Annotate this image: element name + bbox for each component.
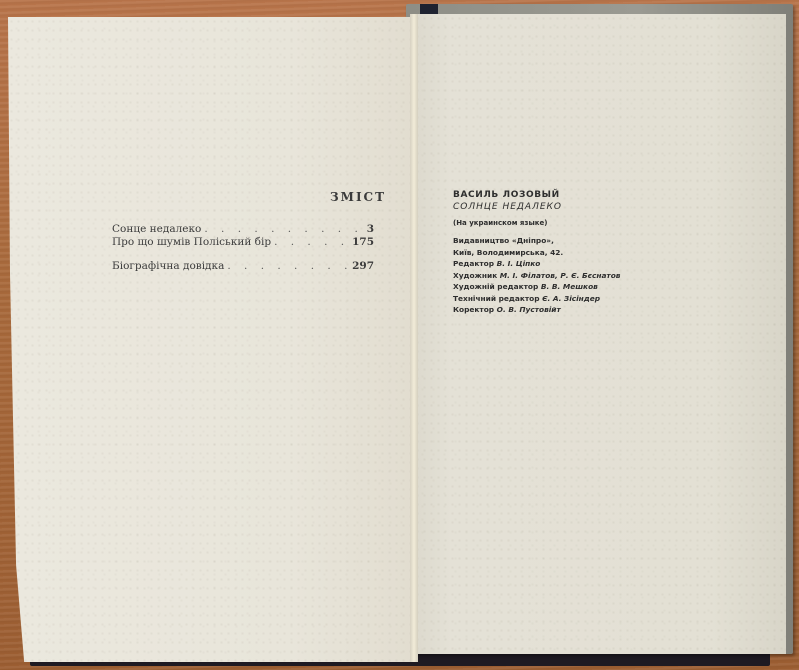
left-page — [8, 17, 412, 662]
toc-entry: Біографічна довідка 297 — [112, 260, 374, 273]
credit-line: Коректор О. В. Пустовійт — [453, 304, 620, 316]
language-note: (На украинском языке) — [453, 219, 620, 227]
publisher-credits: Видавництво «Дніпро», Київ, Володимирськ… — [453, 235, 620, 316]
book-gutter — [410, 14, 418, 662]
book-title: СОЛНЦЕ НЕДАЛЕКО — [453, 202, 620, 212]
toc-entry: Про що шумів Поліський бір 175 — [112, 236, 374, 249]
credit-line: Технічний редактор Є. А. Зісіндер — [453, 293, 620, 305]
toc-entry-title: Біографічна довідка — [112, 260, 224, 272]
imprint: ВАСИЛЬ ЛОЗОВЫЙ СОЛНЦЕ НЕДАЛЕКО (На украи… — [453, 190, 620, 316]
author-name: ВАСИЛЬ ЛОЗОВЫЙ — [453, 190, 620, 200]
toc-entry-title: Про що шумів Поліський бір — [112, 236, 271, 248]
credit-line: Художній редактор В. В. Мешков — [453, 281, 620, 293]
publisher-line: Видавництво «Дніпро», — [453, 235, 620, 247]
credit-line: Художник М. І. Філатов, Р. Є. Бєснатов — [453, 270, 620, 282]
credit-line: Редактор В. І. Ціпко — [453, 258, 620, 270]
publisher-address: Київ, Володимирська, 42. — [453, 247, 620, 259]
toc-entry-title: Сонце недалеко — [112, 223, 201, 235]
toc-entry-page: 3 — [367, 223, 374, 235]
toc-leader-dots — [274, 236, 349, 248]
toc-leader-dots — [227, 260, 349, 272]
toc-entry-page: 175 — [352, 236, 374, 248]
table-of-contents: Сонце недалеко 3 Про що шумів Поліський … — [112, 223, 374, 273]
contents-heading: ЗМІСТ — [330, 190, 386, 204]
toc-entry-page: 297 — [352, 260, 374, 272]
toc-leader-dots — [204, 223, 363, 235]
toc-entry: Сонце недалеко 3 — [112, 223, 374, 236]
right-page — [414, 14, 786, 654]
cover-corner — [420, 4, 438, 14]
